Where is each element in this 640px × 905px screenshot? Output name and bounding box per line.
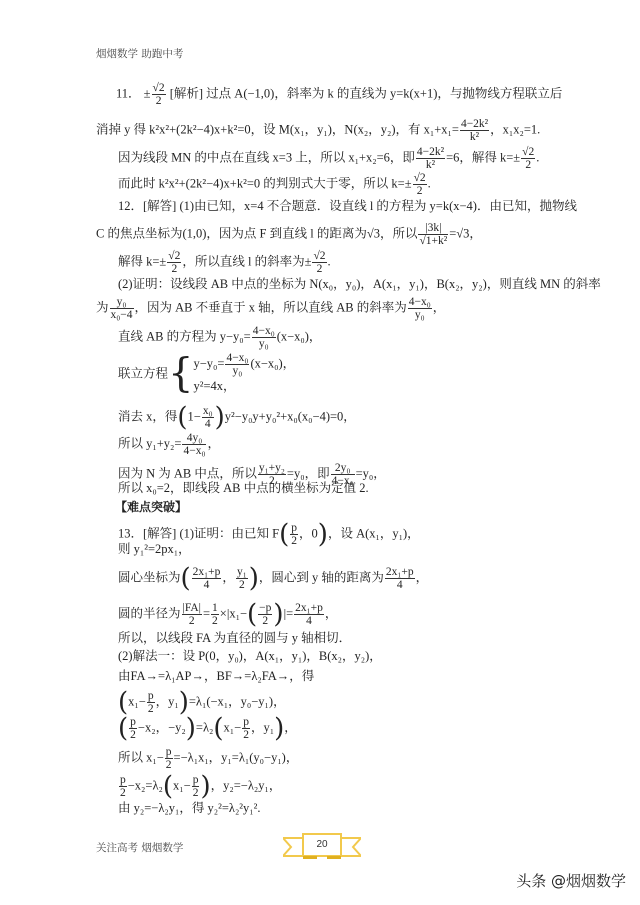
problem-11-line-2: 消掉 y 得 k²x²+(2k²−4)x+k²=0，设 M(x₁，y₁)，N(x… xyxy=(96,118,540,143)
page-footer: 关注高考 烟烟数学 xyxy=(96,840,183,855)
problem-13-line-6: (2)解法一：设 P(0，y₀)，A(x₁，y₁)，B(x₂，y₂)， xyxy=(118,648,382,664)
problem-13-line-3: 圆心坐标为(2x₁+p4，y₁2)，圆心到 y 轴的距离为2x₁+p4， xyxy=(118,566,428,591)
text: [解析] 过点 A(−1,0)，斜率为 k 的直线为 y=k(x+1)，与抛物线… xyxy=(170,86,563,100)
problem-12-line-5: 为y₀x₀−4，因为 AB 不垂直于 x 轴，所以直线 AB 的斜率为4−x₀y… xyxy=(96,296,445,321)
problem-11-line-1: 11． ±√22 [解析] 过点 A(−1,0)，斜率为 k 的直线为 y=k(… xyxy=(116,82,562,107)
problem-13-line-5: 所以，以线段 FA 为直径的圆与 y 轴相切． xyxy=(118,630,351,646)
watermark: 头条 @烟烟数学 xyxy=(516,870,626,891)
problem-12-line-3: 解得 k=±√22，所以直线 l 的斜率为±√22. xyxy=(118,250,331,275)
problem-13-line-9: (p2−x₂，−y₂)=λ₂(x₁−p2，y₁)， xyxy=(118,716,297,741)
section-heading: 【难点突破】 xyxy=(115,498,187,515)
problem-number: 11． xyxy=(116,86,141,100)
problem-12-line-1: 12．[解答] (1)由已知，x=4 不合题意．设直线 l 的方程为 y=k(x… xyxy=(118,198,577,214)
page-header: 烟烟数学 助跑中考 xyxy=(96,46,183,61)
problem-13-line-8: (x₁−p2，y₁)=λ₁(−x₁，y₀−y₁)， xyxy=(118,690,286,715)
problem-12-line-11: 所以 x₀=2，即线段 AB 中点的横坐标为定值 2. xyxy=(118,480,369,496)
problem-12-system: 联立方程{ y−y₀=4−x₀y₀(x−x₀)， y²=4x， xyxy=(118,352,295,395)
problem-11-line-3: 因为线段 MN 的中点在直线 x=3 上，所以 x₁+x₂=6，即4−2k²k²… xyxy=(118,146,539,171)
problem-12-line-2: C 的焦点坐标为(1,0)，因为点 F 到直线 l 的距离为√3，所以|3k|√… xyxy=(96,222,482,247)
problem-11-line-4: 而此时 k²x²+(2k²−4)x+k²=0 的判别式大于零，所以 k=±√22… xyxy=(118,172,431,197)
problem-13-line-10: 所以 x₁−p2=−λ₁x₁，y₁=λ₁(y₀−y₁)， xyxy=(118,746,298,771)
page-number: 20 xyxy=(305,839,339,850)
problem-12-line-4: (2)证明：设线段 AB 中点的坐标为 N(x₀，y₀)，A(x₁，y₁)，B(… xyxy=(118,276,601,292)
problem-12-line-8: 消去 x，得(1−x₀4)y²−y₀y+y₀²+x₀(x₀−4)=0， xyxy=(118,405,356,430)
problem-12-line-9: 所以 y₁+y₂=4y₀4−x₀， xyxy=(118,432,220,457)
problem-12-line-6: 直线 AB 的方程为 y−y₀=4−x₀y₀(x−x₀)， xyxy=(118,325,321,350)
problem-13-line-4: 圆的半径为|FA|2=12×|x₁−(−p2)|=2x₁+p4， xyxy=(118,602,337,627)
problem-13-line-11: p2−x₂=λ₂(x₁−p2)，y₂=−λ₂y₁， xyxy=(118,774,281,799)
problem-13-line-2: 则 y₁²=2px₁， xyxy=(118,541,191,557)
fraction: √22 xyxy=(152,82,166,107)
problem-13-line-12: 由 y₂=−λ₂y₁，得 y₂²=λ₂²y₁². xyxy=(118,800,261,816)
problem-13-line-7: 由FA→=λ₁AP→，BF→=λ₂FA→，得 xyxy=(118,668,314,684)
